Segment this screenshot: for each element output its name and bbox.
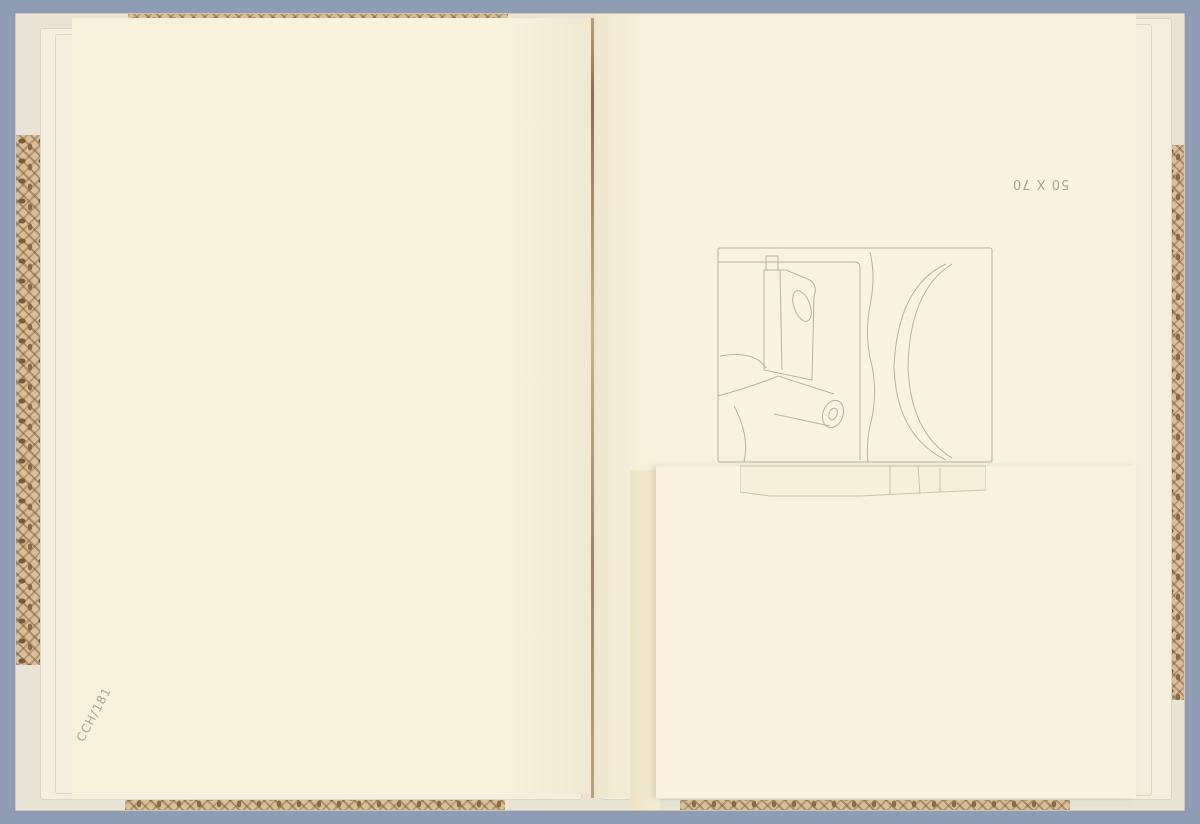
pencil-sketch — [714, 246, 996, 466]
book-gutter — [591, 18, 594, 798]
cover-pattern-left — [16, 135, 42, 665]
left-page[interactable] — [72, 18, 592, 794]
inserted-sheet[interactable] — [656, 466, 1136, 798]
pencil-dimension-note: 50 X 70 — [1012, 176, 1069, 191]
torn-paper-strip — [740, 462, 986, 498]
